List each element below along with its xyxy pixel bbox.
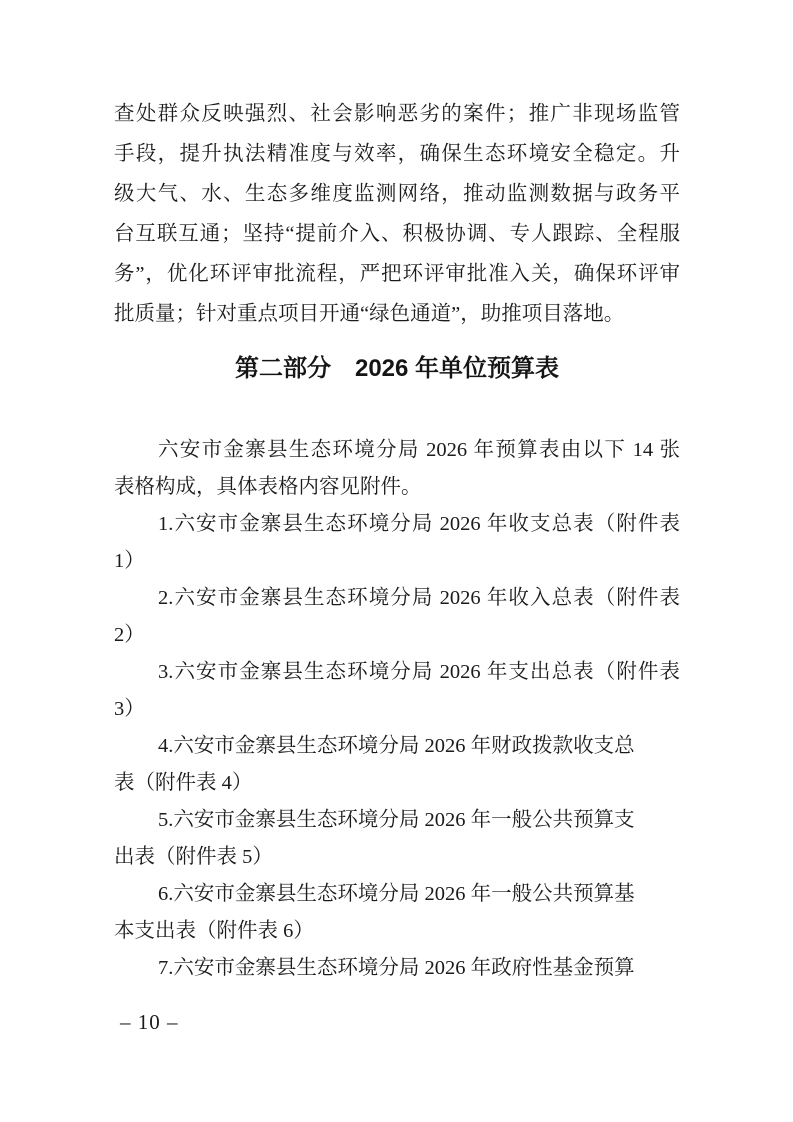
continuation-paragraph: 查处群众反映强烈、社会影响恶劣的案件；推广非现场监管 手段，提升执法精准度与效率… bbox=[114, 94, 680, 334]
text-line: 务”，优化环评审批流程，严把环评审批准入关，确保环评审 bbox=[114, 254, 680, 294]
list-item: 1.六安市金寨县生态环境分局 2026 年收支总表（附件表 1） bbox=[114, 506, 680, 580]
page-content: 查处群众反映强烈、社会影响恶劣的案件；推广非现场监管 手段，提升执法精准度与效率… bbox=[114, 0, 680, 987]
text-line: 手段，提升执法精准度与效率，确保生态环境安全稳定。升 bbox=[114, 134, 680, 174]
list-item: 4.六安市金寨县生态环境分局 2026 年财政拨款收支总 表（附件表 4） bbox=[114, 728, 680, 802]
section-heading: 第二部分 2026 年单位预算表 bbox=[114, 349, 680, 389]
text-line: 台互联互通；坚持“提前介入、积极协调、专人跟踪、全程服 bbox=[114, 214, 680, 254]
intro-paragraph: 六安市金寨县生态环境分局 2026 年预算表由以下 14 张 表格构成，具体表格… bbox=[114, 432, 680, 506]
list-item-line: 出表（附件表 5） bbox=[114, 839, 680, 876]
list-item-line: 2.六安市金寨县生态环境分局 2026 年收入总表（附件表 bbox=[114, 580, 680, 617]
list-item-line: 3） bbox=[114, 691, 680, 728]
list-item-line: 5.六安市金寨县生态环境分局 2026 年一般公共预算支 bbox=[114, 802, 680, 839]
list-item: 6.六安市金寨县生态环境分局 2026 年一般公共预算基 本支出表（附件表 6） bbox=[114, 876, 680, 950]
list-item-line: 表（附件表 4） bbox=[114, 765, 680, 802]
text-line: 查处群众反映强烈、社会影响恶劣的案件；推广非现场监管 bbox=[114, 94, 680, 134]
list-item-line: 2） bbox=[114, 617, 680, 654]
list-item: 3.六安市金寨县生态环境分局 2026 年支出总表（附件表 3） bbox=[114, 654, 680, 728]
list-item-line: 1） bbox=[114, 543, 680, 580]
document-page: 查处群众反映强烈、社会影响恶劣的案件；推广非现场监管 手段，提升执法精准度与效率… bbox=[0, 0, 793, 1122]
budget-table-list: 1.六安市金寨县生态环境分局 2026 年收支总表（附件表 1） 2.六安市金寨… bbox=[114, 506, 680, 987]
list-item-line: 4.六安市金寨县生态环境分局 2026 年财政拨款收支总 bbox=[114, 728, 680, 765]
list-item-line: 1.六安市金寨县生态环境分局 2026 年收支总表（附件表 bbox=[114, 506, 680, 543]
list-item: 7.六安市金寨县生态环境分局 2026 年政府性基金预算 bbox=[114, 950, 680, 987]
list-item-line: 7.六安市金寨县生态环境分局 2026 年政府性基金预算 bbox=[114, 950, 680, 987]
list-item-line: 本支出表（附件表 6） bbox=[114, 913, 680, 950]
list-item: 5.六安市金寨县生态环境分局 2026 年一般公共预算支 出表（附件表 5） bbox=[114, 802, 680, 876]
text-line: 表格构成，具体表格内容见附件。 bbox=[114, 469, 680, 506]
page-number: – 10 – bbox=[120, 1010, 179, 1034]
list-item-line: 6.六安市金寨县生态环境分局 2026 年一般公共预算基 bbox=[114, 876, 680, 913]
text-line: 六安市金寨县生态环境分局 2026 年预算表由以下 14 张 bbox=[114, 432, 680, 469]
text-line: 批质量；针对重点项目开通“绿色通道”，助推项目落地。 bbox=[114, 294, 680, 334]
list-item-line: 3.六安市金寨县生态环境分局 2026 年支出总表（附件表 bbox=[114, 654, 680, 691]
text-line: 级大气、水、生态多维度监测网络，推动监测数据与政务平 bbox=[114, 174, 680, 214]
list-item: 2.六安市金寨县生态环境分局 2026 年收入总表（附件表 2） bbox=[114, 580, 680, 654]
